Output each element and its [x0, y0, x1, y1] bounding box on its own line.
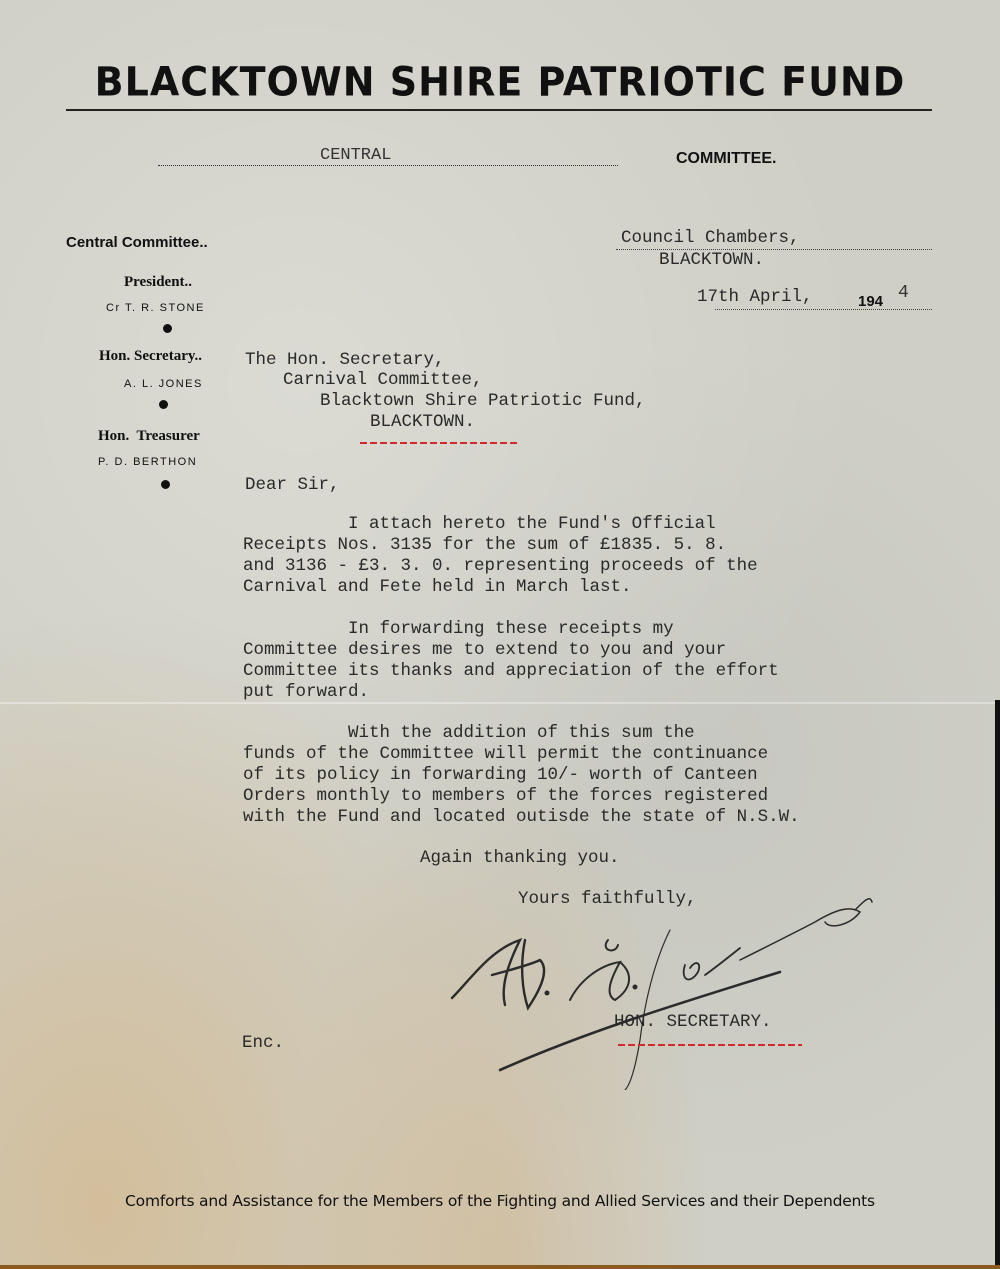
body-p3-line5: with the Fund and located outisde the st…	[243, 807, 800, 827]
committee-typed-name: CENTRAL	[320, 146, 391, 165]
body-p1-line2: Receipts Nos. 3135 for the sum of £1835.…	[243, 535, 726, 555]
recipient-line3: Blacktown Shire Patriotic Fund,	[320, 391, 646, 411]
officer-name-treasurer: P. D. BERTHON	[98, 456, 197, 468]
recipient-line2: Carnival Committee,	[283, 370, 483, 390]
signatory-title: HON. SECRETARY.	[614, 1012, 772, 1032]
recipient-line4: BLACKTOWN.	[370, 412, 475, 432]
bullet-dot	[159, 400, 168, 409]
officer-role-president: President..	[124, 274, 192, 291]
body-p3-line1: With the addition of this sum the	[243, 723, 695, 743]
body-p1-line1: I attach hereto the Fund's Official	[243, 514, 716, 534]
body-p1-line3: and 3136 - £3. 3. 0. representing procee…	[243, 556, 758, 576]
salutation: Dear Sir,	[245, 475, 340, 495]
closing-thanks: Again thanking you.	[420, 848, 620, 868]
paper-fold	[0, 702, 1000, 704]
year-printed: 194	[858, 293, 883, 310]
body-p2-line2: Committee desires me to extend to you an…	[243, 640, 726, 660]
signatory-red-underline	[618, 1044, 802, 1046]
body-p3-line3: of its policy in forwarding 10/- worth o…	[243, 765, 758, 785]
bullet-dot	[161, 480, 170, 489]
body-p3-line4: Orders monthly to members of the forces …	[243, 786, 768, 806]
enclosure-note: Enc.	[242, 1033, 284, 1053]
body-p2-line4: put forward.	[243, 682, 369, 702]
officer-role-secretary: Hon. Secretary..	[99, 348, 202, 365]
officer-role-treasurer: Hon. Treasurer	[98, 428, 200, 445]
handwritten-signature	[440, 890, 910, 1090]
sender-address-line2: BLACKTOWN.	[659, 250, 764, 270]
body-p2-line3: Committee its thanks and appreciation of…	[243, 661, 779, 681]
scan-edge-right	[995, 700, 1000, 1269]
scan-edge-bottom	[0, 1265, 1000, 1269]
officer-name-president: Cr T. R. STONE	[106, 302, 205, 314]
recipient-line1: The Hon. Secretary,	[245, 350, 445, 370]
letterhead-title: BLACKTOWN SHIRE PATRIOTIC FUND	[66, 59, 934, 105]
footer-motto: Comforts and Assistance for the Members …	[0, 1192, 1000, 1210]
sidebar-heading: Central Committee..	[66, 234, 208, 251]
committee-label: COMMITTEE.	[676, 150, 776, 168]
year-typed-digit: 4	[898, 283, 909, 303]
recipient-red-underline	[360, 442, 520, 444]
body-p1-line4: Carnival and Fete held in March last.	[243, 577, 632, 597]
letter-date: 17th April,	[697, 287, 813, 307]
date-dotted-line	[715, 308, 932, 310]
sender-address-line1: Council Chambers,	[621, 228, 800, 248]
body-p2-line1: In forwarding these receipts my	[243, 619, 674, 639]
title-rule	[66, 109, 932, 111]
bullet-dot	[163, 324, 172, 333]
officer-name-secretary: A. L. JONES	[124, 378, 203, 390]
body-p3-line2: funds of the Committee will permit the c…	[243, 744, 768, 764]
